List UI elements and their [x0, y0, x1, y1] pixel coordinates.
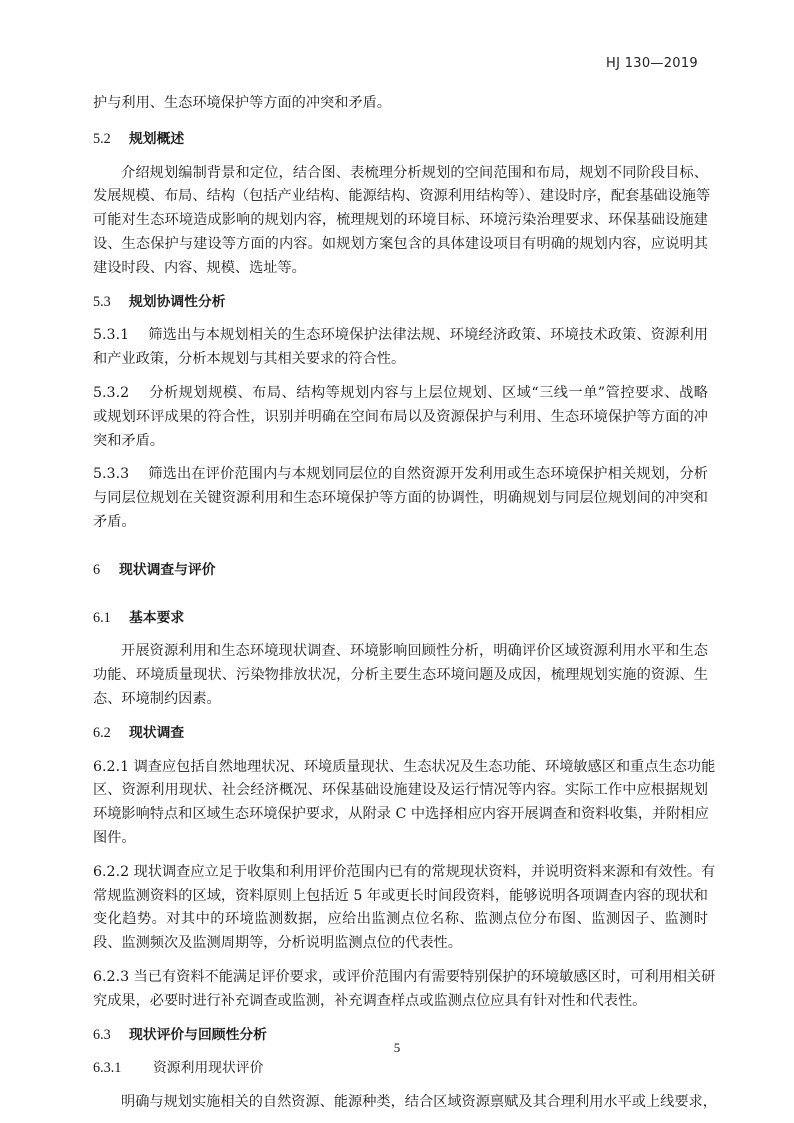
section-title: 基本要求: [129, 610, 184, 626]
subsection-number: 6.3.1: [93, 1057, 153, 1081]
document-code: HJ 130—2019: [606, 56, 698, 71]
paragraph-line: 5.3.1 筛选出与本规划相关的生态环境保护法律法规、环境经济政策、环境技术政策…: [93, 324, 708, 348]
paragraph-line: 5.3.3 筛选出在评价范围内与本规划同层位的自然资源开发利用或生态环境保护相关…: [93, 463, 708, 487]
paragraph-line: 矛盾。: [93, 511, 708, 535]
clause-5-3-1: 5.3.1 筛选出与本规划相关的生态环境保护法律法规、环境经济政策、环境技术政策…: [93, 324, 708, 372]
section-heading-6-1: 6.1基本要求: [93, 607, 708, 631]
paragraph-line: 区、资源利用现状、社会经济概况、环保基础设施建设及运行情况等内容。实际工作中应根…: [93, 779, 708, 803]
section-heading-5-3: 5.3规划协调性分析: [93, 291, 708, 315]
clause-5-3-3: 5.3.3 筛选出在评价范围内与本规划同层位的自然资源开发利用或生态环境保护相关…: [93, 463, 708, 534]
paragraph-line: 护与利用、生态环境保护等方面的冲突和矛盾。: [93, 92, 708, 116]
section-title: 规划概述: [129, 131, 184, 147]
clause-5-3-2: 5.3.2 分析规划规模、布局、结构等规划内容与上层位规划、区域“三线一单”管控…: [93, 382, 708, 453]
document-body: 护与利用、生态环境保护等方面的冲突和矛盾。 5.2规划概述 介绍规划编制背景和定…: [93, 92, 708, 1115]
section-number: 6.1: [93, 607, 129, 631]
paragraph-line: 或规划环评成果的符合性，识别并明确在空间布局以及资源保护与利用、生态环境保护等方…: [93, 406, 708, 430]
chapter-title: 现状调查与评价: [119, 562, 216, 578]
paragraph-line: 变化趋势。对其中的环境监测数据，应给出监测点位名称、监测点位分布图、监测因子、监…: [93, 908, 708, 932]
subsection-heading-6-3-1: 6.3.1资源利用现状评价: [93, 1057, 708, 1081]
section-number: 6.2: [93, 722, 129, 746]
paragraph-6-3-1: 明确与规划实施相关的自然资源、能源种类，结合区域资源禀赋及其合理利用水平或上线要…: [93, 1091, 708, 1115]
paragraph-line: 突和矛盾。: [93, 430, 708, 454]
chapter-heading-6: 6现状调查与评价: [93, 559, 708, 583]
paragraph-6-1: 开展资源利用和生态环境现状调查、环境影响回顾性分析，明确评价区域资源利用水平和生…: [93, 640, 708, 711]
paragraph-line: 图件。: [93, 827, 708, 851]
paragraph-line: 和产业政策，分析本规划与其相关要求的符合性。: [93, 348, 708, 372]
subsection-title: 资源利用现状评价: [153, 1060, 263, 1076]
paragraph-line: 常规监测资料的区域，资料原则上包括近 5 年或更长时间段资料，能够说明各项调查内…: [93, 885, 708, 909]
paragraph-line: 究成果，必要时进行补充调查或监测，补充调查样点或监测点位应具有针对性和代表性。: [93, 990, 708, 1014]
paragraph-line: 明确与规划实施相关的自然资源、能源种类，结合区域资源禀赋及其合理利用水平或上线要…: [93, 1091, 708, 1115]
paragraph-line: 建设时段、内容、规模、选址等。: [93, 257, 708, 281]
paragraph-line: 功能、环境质量现状、污染物排放状况，分析主要生态环境问题及成因，梳理规划实施的资…: [93, 664, 708, 688]
paragraph-line: 发展规模、布局、结构（包括产业结构、能源结构、资源利用结构等）、建设时序，配套基…: [93, 185, 708, 209]
clause-6-2-2: 6.2.2 现状调查应立足于收集和利用评价范围内已有的常规现状资料，并说明资料来…: [93, 861, 708, 956]
clause-6-2-3: 6.2.3 当已有资料不能满足评价要求，或评价范围内有需要特别保护的环境敏感区时…: [93, 966, 708, 1014]
section-number: 5.2: [93, 128, 129, 152]
section-title: 规划协调性分析: [129, 294, 226, 310]
clause-6-2-1: 6.2.1 调查应包括自然地理状况、环境质量现状、生态状况及生态功能、环境敏感区…: [93, 756, 708, 851]
paragraph-line: 5.3.2 分析规划规模、布局、结构等规划内容与上层位规划、区域“三线一单”管控…: [93, 382, 708, 406]
paragraph-line: 与同层位规划在关键资源利用和生态环境保护等方面的协调性，明确规划与同层位规划间的…: [93, 487, 708, 511]
section-number: 5.3: [93, 291, 129, 315]
paragraph-line: 开展资源利用和生态环境现状调查、环境影响回顾性分析，明确评价区域资源利用水平和生…: [93, 640, 708, 664]
paragraph-line: 6.2.1 调查应包括自然地理状况、环境质量现状、生态状况及生态功能、环境敏感区…: [93, 756, 708, 780]
paragraph-line: 可能对生态环境造成影响的规划内容，梳理规划的环境目标、环境污染治理要求、环保基础…: [93, 209, 708, 233]
section-heading-5-2: 5.2规划概述: [93, 128, 708, 152]
page-number: 5: [0, 1040, 794, 1056]
paragraph-line: 设、生态保护与建设等方面的内容。如规划方案包含的具体建设项目有明确的规划内容，应…: [93, 233, 708, 257]
chapter-number: 6: [93, 559, 119, 583]
paragraph-line: 6.2.3 当已有资料不能满足评价要求，或评价范围内有需要特别保护的环境敏感区时…: [93, 966, 708, 990]
paragraph-5-2: 介绍规划编制背景和定位，结合图、表梳理分析规划的空间范围和布局，规划不同阶段目标…: [93, 162, 708, 281]
paragraph-line: 环境影响特点和区域生态环境保护要求，从附录 C 中选择相应内容开展调查和资料收集…: [93, 803, 708, 827]
section-heading-6-2: 6.2现状调查: [93, 722, 708, 746]
paragraph-line: 介绍规划编制背景和定位，结合图、表梳理分析规划的空间范围和布局，规划不同阶段目标…: [93, 162, 708, 186]
paragraph-line: 段、监测频次及监测周期等，分析说明监测点位的代表性。: [93, 932, 708, 956]
paragraph-line: 6.2.2 现状调查应立足于收集和利用评价范围内已有的常规现状资料，并说明资料来…: [93, 861, 708, 885]
section-title: 现状调查: [129, 725, 184, 741]
paragraph-line: 态、环境制约因素。: [93, 688, 708, 712]
